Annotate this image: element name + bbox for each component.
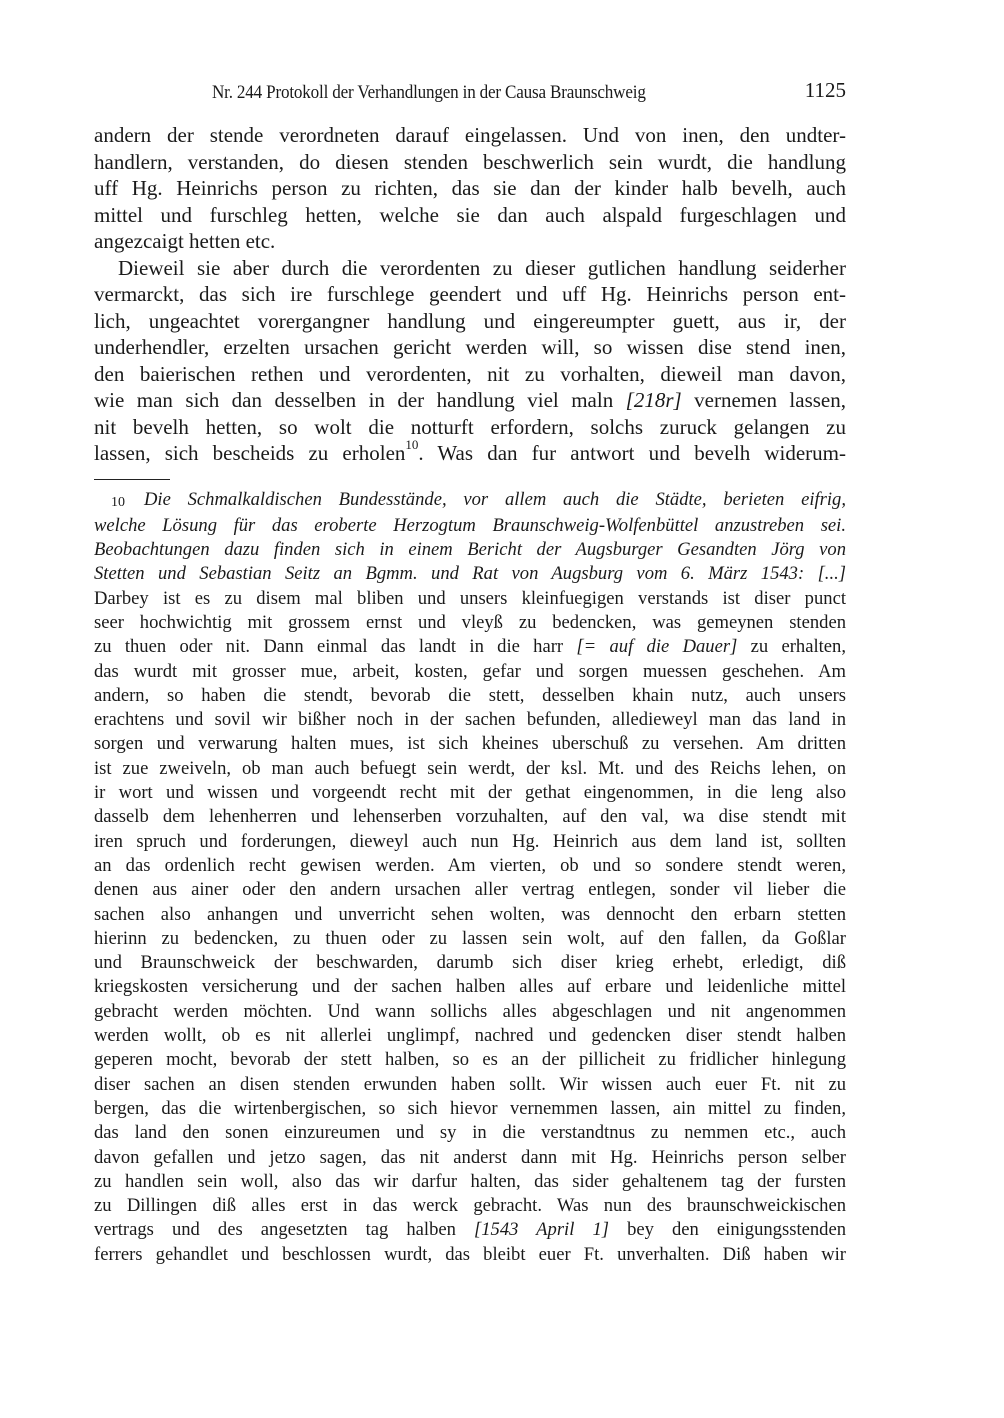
running-head: Nr. 244 Protokoll der Verhandlungen in d… xyxy=(94,78,846,108)
text-line: gebracht werden möchten. Und wann sollic… xyxy=(94,1000,846,1024)
text-segment: wie man sich dan desselben in der handlu… xyxy=(94,388,626,412)
text-segment: lassen, sich bescheids zu erholen xyxy=(94,441,405,465)
text-line: dasselb dem lehenherren und lehenserben … xyxy=(94,805,846,829)
text-segment: zu erhalten, xyxy=(737,636,846,657)
running-head-title: Nr. 244 Protokoll der Verhandlungen in d… xyxy=(212,78,646,108)
text-line: kriegskosten versicherung und der sachen… xyxy=(94,975,846,999)
text-line: uff Hg. Heinrichs person zu richten, das… xyxy=(94,175,846,202)
text-line: sachen also anhangen und unverricht sehe… xyxy=(94,903,846,927)
text-line: Stetten und Sebastian Seitz an Bgmm. und… xyxy=(94,562,846,586)
footnote-reference[interactable]: 10 xyxy=(405,437,418,452)
editorial-date: [1543 April 1] xyxy=(474,1219,609,1240)
text-line: werden wollt, ob es nit allerlei unglimp… xyxy=(94,1024,846,1048)
text-line: seer hochwichtig mit grossem ernst und v… xyxy=(94,611,846,635)
text-line: angezcaigt hetten etc. xyxy=(94,228,846,255)
text-line: welche Lösung für das eroberte Herzogtum… xyxy=(94,514,846,538)
text-line: Beobachtungen dazu finden sich in einem … xyxy=(94,538,846,562)
text-line: den baierischen rethen und verordenten, … xyxy=(94,361,846,388)
footnote-10: 10 Die Schmalkaldischen Bundesstände, vo… xyxy=(94,488,846,1268)
text-segment: vernemen lassen, xyxy=(682,388,846,412)
paragraph-2: Dieweil sie aber durch die verordenten z… xyxy=(94,255,846,467)
text-line: lassen, sich bescheids zu erholen10. Was… xyxy=(94,440,846,467)
text-line: andern, so haben die stendt, bevorab die… xyxy=(94,684,846,708)
main-text: andern der stende verordneten darauf ein… xyxy=(94,122,846,467)
text-line: erachtens und sovil wir bißher noch in d… xyxy=(94,708,846,732)
text-line: iren spruch und forderungen, dieweyl auc… xyxy=(94,830,846,854)
editorial-note: [= auf die Dauer] xyxy=(576,636,737,657)
text-line: nit bevelh hetten, so wolt die notturft … xyxy=(94,414,846,441)
text-line: sorgen und verwarung halten mues, ist si… xyxy=(94,732,846,756)
text-line: bergen, das die wirtenbergischen, so sic… xyxy=(94,1097,846,1121)
text-line: Darbey ist es zu disem mal bliben und un… xyxy=(94,587,846,611)
text-line: zu Dillingen diß alles erst in das werck… xyxy=(94,1194,846,1218)
text-segment: bey den einigungsstenden xyxy=(609,1219,846,1240)
text-line: das land den sonen einzureumen und sy in… xyxy=(94,1121,846,1145)
text-line: underhendler, erzelten ursachen gericht … xyxy=(94,334,846,361)
text-line: zu handlen sein woll, also das wir darfu… xyxy=(94,1170,846,1194)
text-line: vermarckt, das sich ire furschlege geend… xyxy=(94,281,846,308)
text-line: ir wort und wissen und vorgeendt recht m… xyxy=(94,781,846,805)
text-line: und Braunschweick der beschwarden, darum… xyxy=(94,951,846,975)
text-line: diser sachen an disen stenden erwunden h… xyxy=(94,1073,846,1097)
document-page: Nr. 244 Protokoll der Verhandlungen in d… xyxy=(94,78,846,1267)
text-line: denen aus ainer oder den andern ursachen… xyxy=(94,878,846,902)
text-line: vertrags und des angesetzten tag halben … xyxy=(94,1218,846,1242)
page-number: 1125 xyxy=(805,75,846,105)
footnote-divider xyxy=(94,479,170,480)
text-line: andern der stende verordneten darauf ein… xyxy=(94,122,846,149)
folio-marker: [218r] xyxy=(626,388,682,412)
text-line: ferrers gehandlet und beschlossen wurdt,… xyxy=(94,1243,846,1267)
text-line: mittel und furschleg hetten, welche sie … xyxy=(94,202,846,229)
text-segment: zu thuen oder nit. Dann einmal das landt… xyxy=(94,636,576,657)
text-line: zu thuen oder nit. Dann einmal das landt… xyxy=(94,635,846,659)
text-line: das wurdt mit grosser mue, arbeit, koste… xyxy=(94,660,846,684)
footnote-number: 10 xyxy=(94,491,144,515)
text-line: an das ordenlich recht gewisen werden. A… xyxy=(94,854,846,878)
text-segment: . Was dan fur antwort und bevelh widerum… xyxy=(418,441,846,465)
text-line: Die Schmalkaldischen Bundesstände, vor a… xyxy=(144,488,846,512)
text-line: ist zue zweiveln, ob man auch befuegt se… xyxy=(94,757,846,781)
text-segment: vertrags und des angesetzten tag halben xyxy=(94,1219,474,1240)
text-line: handlern, verstanden, do diesen stenden … xyxy=(94,149,846,176)
text-line: Dieweil sie aber durch die verordenten z… xyxy=(94,255,846,282)
text-line: geperen mocht, bevorab der stett halben,… xyxy=(94,1048,846,1072)
text-line: lich, ungeachtet vorergangner handlung u… xyxy=(94,308,846,335)
paragraph-1: andern der stende verordneten darauf ein… xyxy=(94,122,846,255)
footnote-first-line: 10 Die Schmalkaldischen Bundesstände, vo… xyxy=(94,488,846,514)
text-line: hierinn zu bedencken, zu thuen oder zu l… xyxy=(94,927,846,951)
text-line: wie man sich dan desselben in der handlu… xyxy=(94,387,846,414)
text-line: davon gefallen und jetzo sagen, das nit … xyxy=(94,1146,846,1170)
